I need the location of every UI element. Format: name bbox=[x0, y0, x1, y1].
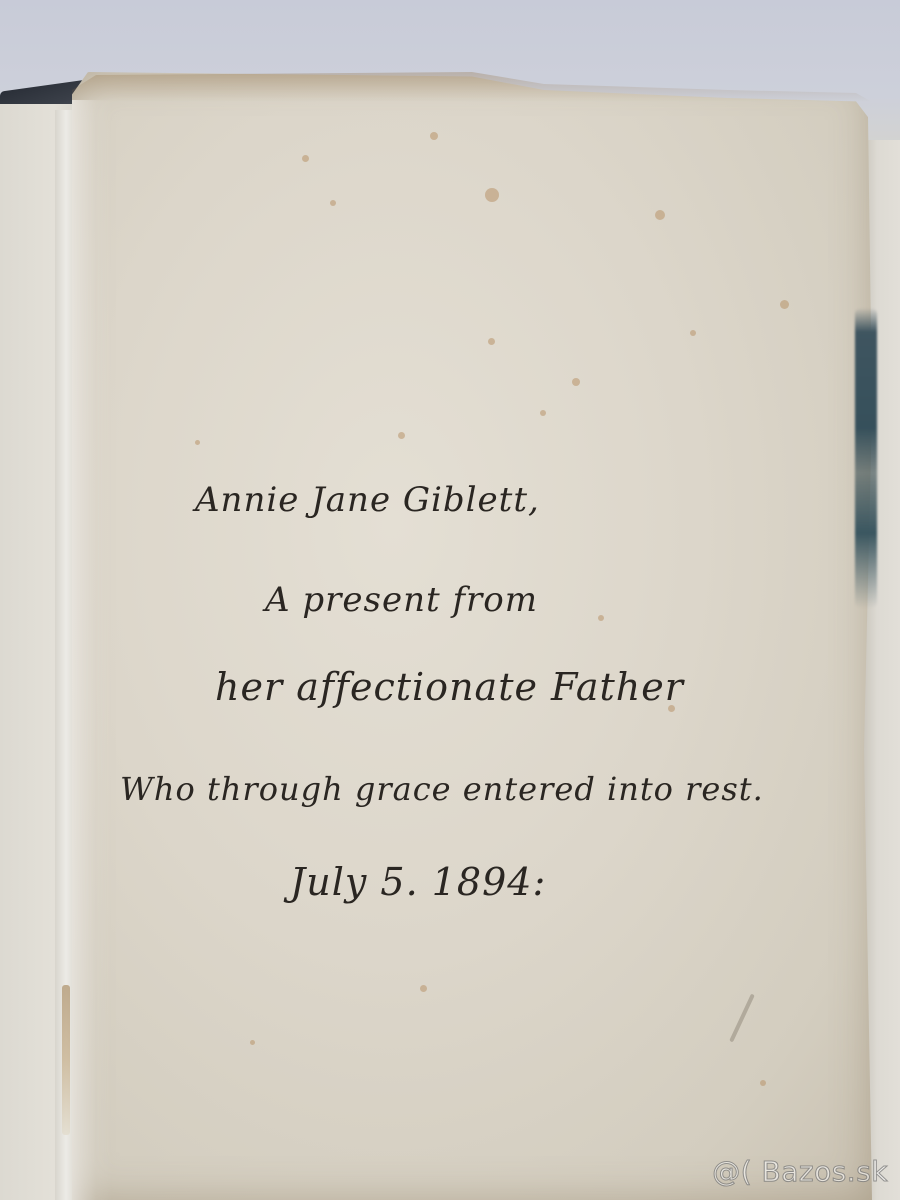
inscription-name: Annie Jane Giblett, bbox=[195, 480, 540, 520]
foxing-spot bbox=[302, 155, 309, 162]
foxing-spot bbox=[655, 210, 665, 220]
watermark: @( Bazos.sk bbox=[712, 1155, 888, 1188]
foxing-spot bbox=[760, 1080, 766, 1086]
foxing-spot bbox=[330, 200, 336, 206]
foxing-spot bbox=[690, 330, 696, 336]
inscription-date: July 5. 1894: bbox=[290, 860, 546, 904]
ink-stain bbox=[855, 308, 877, 608]
foxing-spot bbox=[430, 132, 438, 140]
foxing-spot bbox=[780, 300, 789, 309]
inscription-present: A present from bbox=[265, 580, 538, 620]
page-fold-highlight bbox=[72, 100, 112, 1200]
foxing-spot bbox=[250, 1040, 255, 1045]
page-tear bbox=[62, 985, 70, 1135]
foxing-spot bbox=[488, 338, 495, 345]
foxing-spot bbox=[540, 410, 546, 416]
foxing-spot bbox=[572, 378, 580, 386]
foxing-spot bbox=[598, 615, 604, 621]
inscription-rest: Who through grace entered into rest. bbox=[120, 770, 764, 808]
inscription-father: her affectionate Father bbox=[215, 665, 684, 709]
foxing-spot bbox=[420, 985, 427, 992]
foxing-spot bbox=[195, 440, 200, 445]
foxing-spot bbox=[485, 188, 499, 202]
foxing-spot bbox=[398, 432, 405, 439]
inscribed-page bbox=[72, 72, 872, 1200]
